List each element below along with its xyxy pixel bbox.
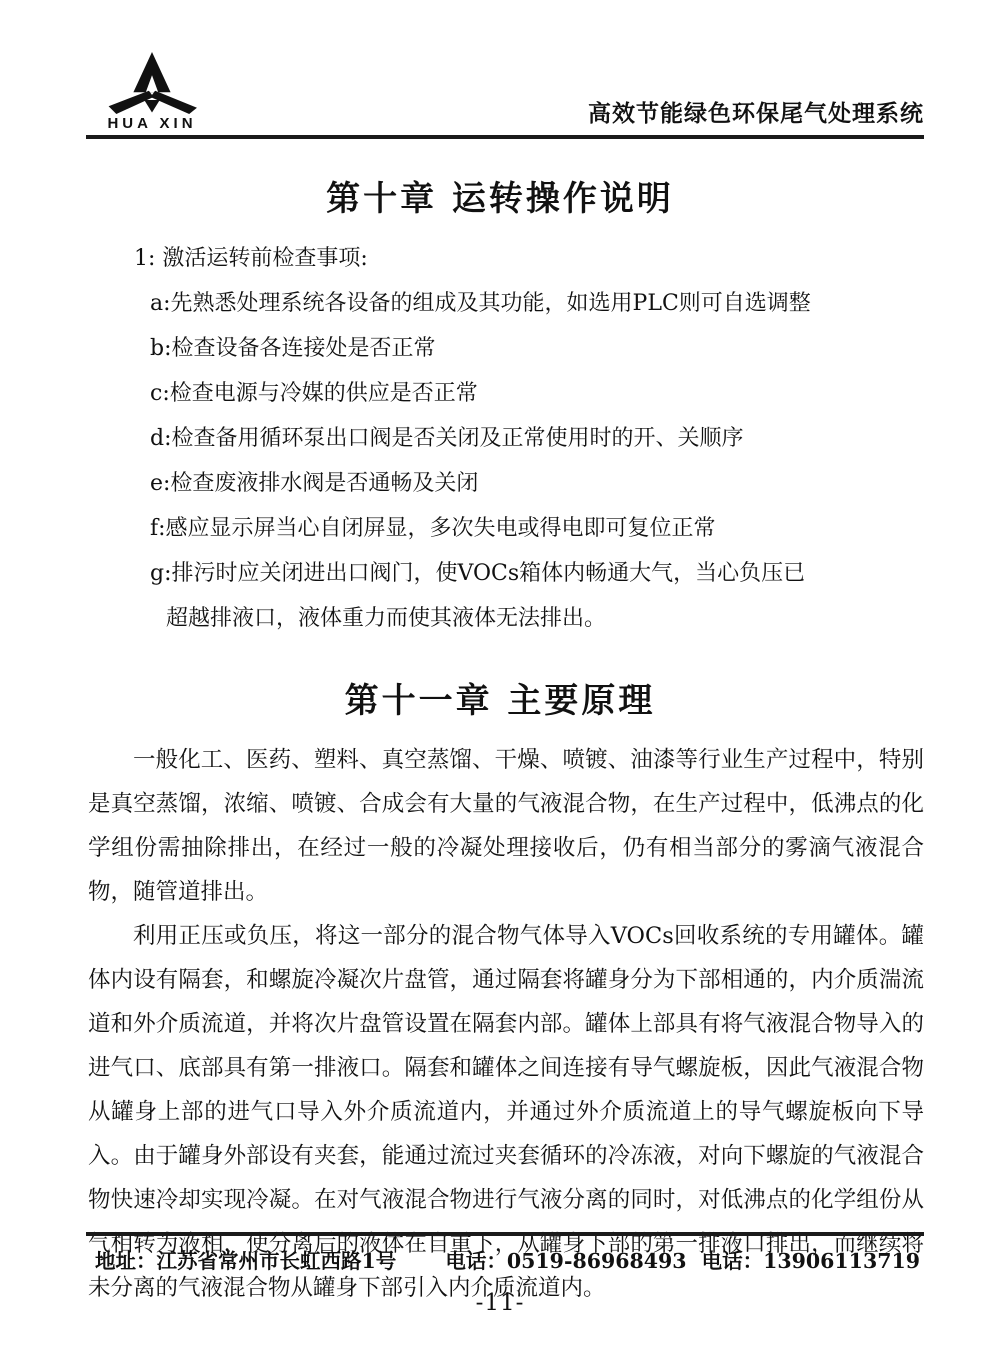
check-item-g-continuation: 超越排液口，液体重力而使其液体无法排出。 xyxy=(88,596,924,641)
logo-text: HUA XIN xyxy=(107,115,196,132)
footer-phone-2: 电话：13906113719 xyxy=(702,1244,920,1274)
check-item-e: e:检查废液排水阀是否通畅及关闭 xyxy=(88,461,924,506)
page-header: HUA XIN 高效节能绿色环保尾气处理系统 xyxy=(0,0,1000,132)
huaxin-logo: HUA XIN xyxy=(88,52,216,132)
header-title: 高效节能绿色环保尾气处理系统 xyxy=(588,95,924,132)
check-item-a: a:先熟悉处理系统各设备的组成及其功能，如选用PLC则可自选调整 xyxy=(88,281,924,326)
page-footer: 地址：江苏省常州市长虹西路1号 电话：0519-86968493 电话：1390… xyxy=(0,1232,1000,1316)
chapter11-paragraph-1: 一般化工、医药、塑料、真空蒸馏、干燥、喷镀、油漆等行业生产过程中，特别是真空蒸馏… xyxy=(88,738,924,914)
document-page: HUA XIN 高效节能绿色环保尾气处理系统 第十章 运转操作说明 1: 激活运… xyxy=(0,0,1000,1367)
check-item-g: g:排污时应关闭进出口阀门，使VOCs箱体内畅通大气，当心负压已 xyxy=(88,551,924,596)
header-rule xyxy=(86,135,924,139)
footer-phone-1: 电话：0519-86968493 xyxy=(445,1244,701,1274)
chapter10-title: 第十章 运转操作说明 xyxy=(0,171,1000,220)
check-list-intro: 1: 激活运转前检查事项: xyxy=(88,236,924,281)
chapter11-body: 一般化工、医药、塑料、真空蒸馏、干燥、喷镀、油漆等行业生产过程中，特别是真空蒸馏… xyxy=(0,738,1000,1310)
check-item-b: b:检查设备各连接处是否正常 xyxy=(88,326,924,371)
check-item-d: d:检查备用循环泵出口阀是否关闭及正常使用时的开、关顺序 xyxy=(88,416,924,461)
footer-contact-line: 地址：江苏省常州市长虹西路1号 电话：0519-86968493 电话：1390… xyxy=(0,1236,1000,1274)
pre-run-check-list: 1: 激活运转前检查事项: a:先熟悉处理系统各设备的组成及其功能，如选用PLC… xyxy=(0,236,1000,641)
footer-address: 地址：江苏省常州市长虹西路1号 xyxy=(95,1244,445,1274)
check-item-f: f:感应显示屏当心自闭屏显，多次失电或得电即可复位正常 xyxy=(88,506,924,551)
mountain-logo-icon xyxy=(93,52,211,114)
page-number: -11- xyxy=(0,1290,1000,1316)
chapter11-title: 第十一章 主要原理 xyxy=(0,673,1000,722)
check-item-c: c:检查电源与冷媒的供应是否正常 xyxy=(88,371,924,416)
